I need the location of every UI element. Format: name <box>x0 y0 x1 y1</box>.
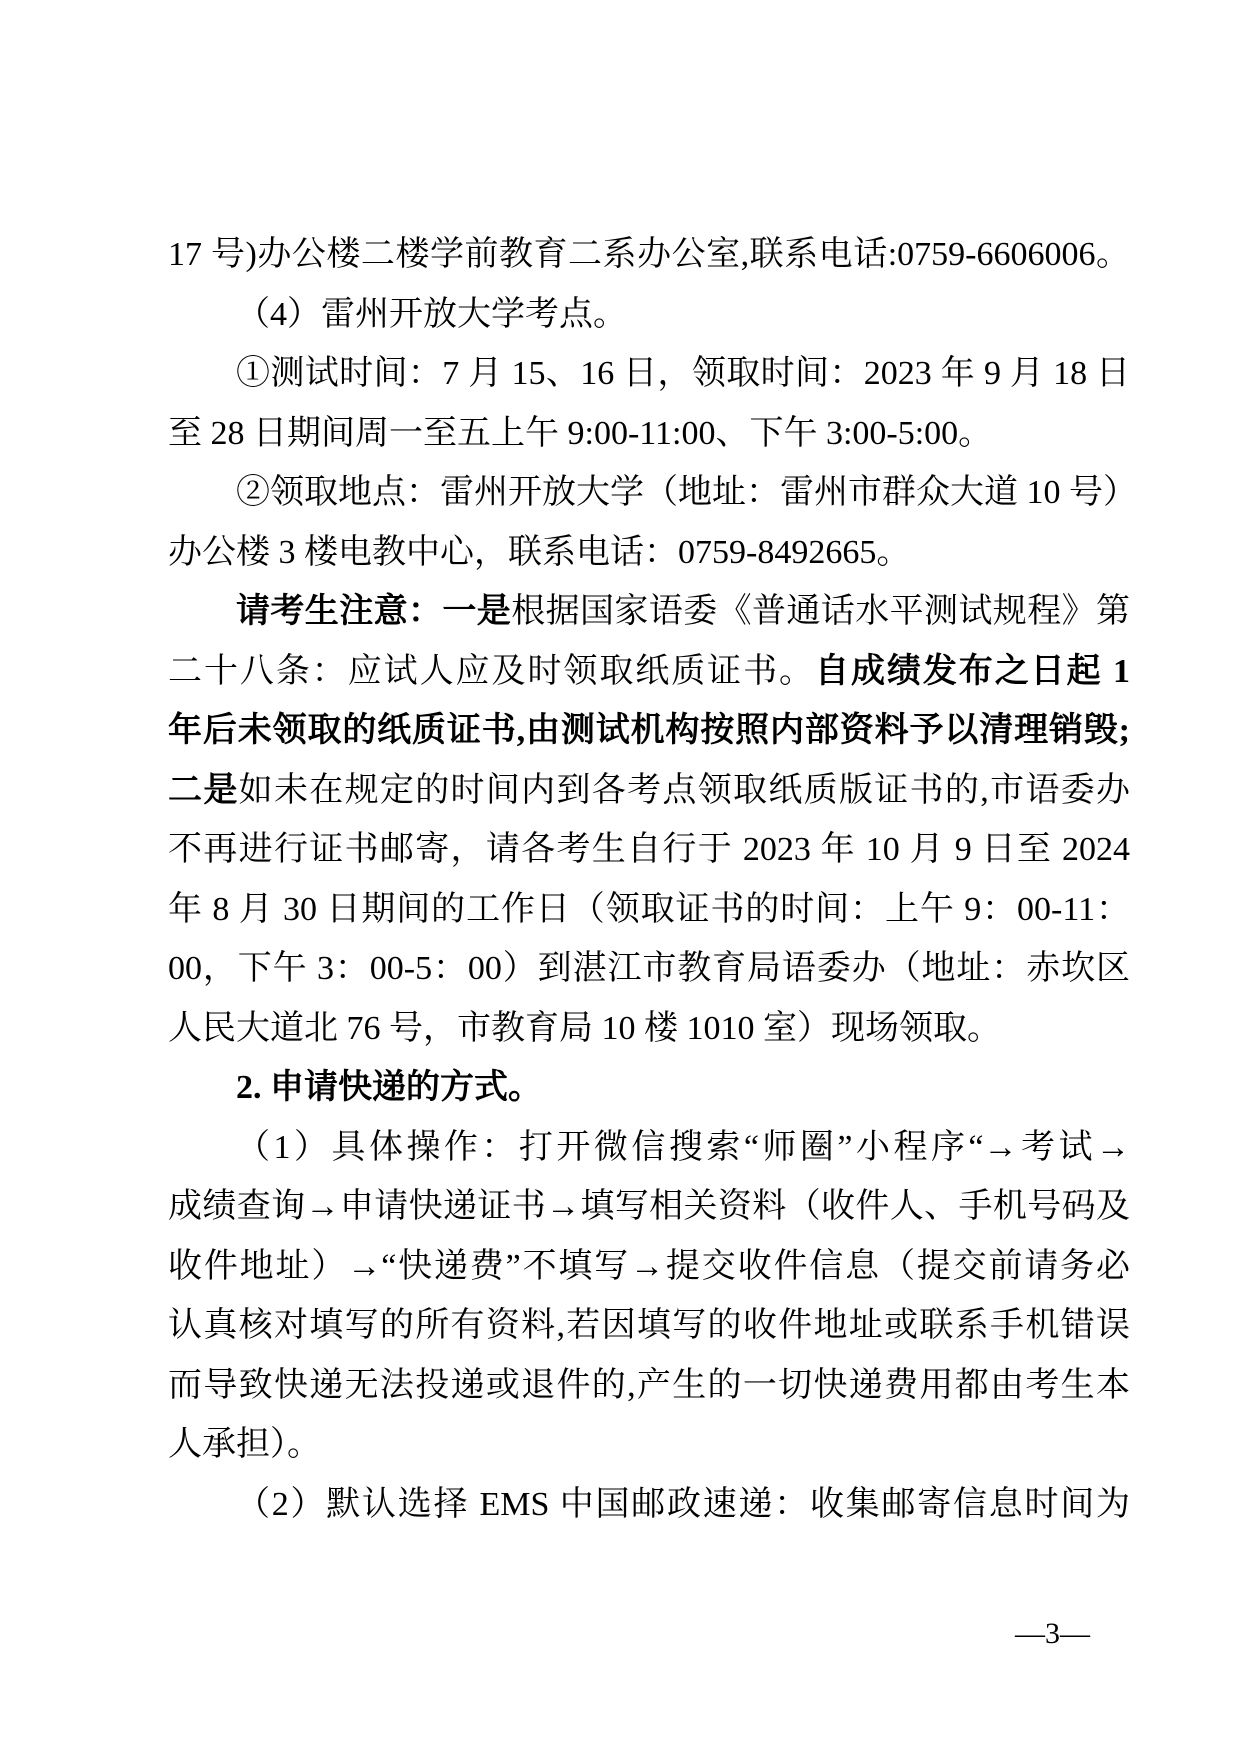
text-line: （2）默认选择 EMS 中国邮政速递：收集邮寄信息时间为 <box>168 1475 1130 1535</box>
text-line: 收件地址）→“快递费”不填写→提交收件信息（提交前请务必 <box>168 1237 1130 1297</box>
text-segment: 不再进行证书邮寄，请各考生自行于 2023 年 10 月 9 日至 2024 <box>168 831 1130 868</box>
text-line: 17 号)办公楼二楼学前教育二系办公室,联系电话:0759-6606006。 <box>168 225 1130 285</box>
text-segment: 人民大道北 76 号，市教育局 10 楼 1010 室）现场领取。 <box>168 1010 1001 1047</box>
document-body: 17 号)办公楼二楼学前教育二系办公室,联系电话:0759-6606006。（4… <box>168 225 1130 1534</box>
text-segment: ②领取地点：雷州开放大学（地址：雷州市群众大道 10 号） <box>236 474 1130 511</box>
text-line: 2. 申请快递的方式。 <box>168 1058 1130 1118</box>
page-number: —3— <box>1015 1617 1090 1650</box>
text-segment: 成绩查询→申请快递证书→填写相关资料（收件人、手机号码及 <box>168 1188 1130 1225</box>
text-line: 而导致快递无法投递或退件的,产生的一切快递费用都由考生本 <box>168 1356 1130 1416</box>
text-segment: 办公楼 3 楼电教中心，联系电话：0759-8492665。 <box>168 534 910 571</box>
text-segment-bold: 年后未领取的纸质证书,由测试机构按照内部资料予以清理销毁; <box>168 712 1130 749</box>
text-segment: 年 8 月 30 日期间的工作日（领取证书的时间：上午 9：00-11： <box>168 891 1130 928</box>
text-line: （4）雷州开放大学考点。 <box>168 285 1130 345</box>
text-line: 人民大道北 76 号，市教育局 10 楼 1010 室）现场领取。 <box>168 999 1130 1059</box>
text-line: 认真核对填写的所有资料,若因填写的收件地址或联系手机错误 <box>168 1296 1130 1356</box>
text-segment: 而导致快递无法投递或退件的,产生的一切快递费用都由考生本 <box>168 1367 1130 1404</box>
text-segment: 二十八条：应试人应及时领取纸质证书。 <box>168 653 815 690</box>
text-segment-bold: 自成绩发布之日起 1 <box>815 653 1130 690</box>
text-segment: （2）默认选择 EMS 中国邮政速递：收集邮寄信息时间为 <box>236 1486 1130 1523</box>
text-segment: 收件地址）→“快递费”不填写→提交收件信息（提交前请务必 <box>168 1248 1130 1285</box>
text-segment-bold: 请考生注意：一是 <box>236 593 511 630</box>
text-segment: 人承担）。 <box>168 1426 321 1463</box>
page-footer: —3— <box>1015 1612 1090 1656</box>
text-segment: 至 28 日期间周一至五上午 9:00-11:00、下午 3:00-5:00。 <box>168 415 992 452</box>
text-line: 年 8 月 30 日期间的工作日（领取证书的时间：上午 9：00-11： <box>168 880 1130 940</box>
text-line: ①测试时间：7 月 15、16 日，领取时间：2023 年 9 月 18 日 <box>168 344 1130 404</box>
text-line: 年后未领取的纸质证书,由测试机构按照内部资料予以清理销毁; <box>168 701 1130 761</box>
text-line: 二是如未在规定的时间内到各考点领取纸质版证书的,市语委办 <box>168 761 1130 821</box>
text-segment: （4）雷州开放大学考点。 <box>236 296 627 333</box>
text-line: 成绩查询→申请快递证书→填写相关资料（收件人、手机号码及 <box>168 1177 1130 1237</box>
text-segment: 17 号)办公楼二楼学前教育二系办公室,联系电话:0759-6606006。 <box>168 236 1130 273</box>
text-segment: 如未在规定的时间内到各考点领取纸质版证书的,市语委办 <box>239 772 1130 809</box>
text-segment-bold: 2. 申请快递的方式。 <box>236 1069 542 1106</box>
text-line: （1）具体操作：打开微信搜索“师圈”小程序“→考试→ <box>168 1118 1130 1178</box>
text-line: 办公楼 3 楼电教中心，联系电话：0759-8492665。 <box>168 523 1130 583</box>
text-segment: ①测试时间：7 月 15、16 日，领取时间：2023 年 9 月 18 日 <box>236 355 1130 392</box>
text-line: 人承担）。 <box>168 1415 1130 1475</box>
text-line: 至 28 日期间周一至五上午 9:00-11:00、下午 3:00-5:00。 <box>168 404 1130 464</box>
text-line: 00，下午 3：00-5：00）到湛江市教育局语委办（地址：赤坎区 <box>168 939 1130 999</box>
document-page: 17 号)办公楼二楼学前教育二系办公室,联系电话:0759-6606006。（4… <box>0 0 1240 1754</box>
text-line: 不再进行证书邮寄，请各考生自行于 2023 年 10 月 9 日至 2024 <box>168 820 1130 880</box>
text-segment-bold: 二是 <box>168 772 239 809</box>
text-line: 请考生注意：一是根据国家语委《普通话水平测试规程》第 <box>168 582 1130 642</box>
text-line: 二十八条：应试人应及时领取纸质证书。自成绩发布之日起 1 <box>168 642 1130 702</box>
text-segment: 认真核对填写的所有资料,若因填写的收件地址或联系手机错误 <box>168 1307 1130 1344</box>
text-line: ②领取地点：雷州开放大学（地址：雷州市群众大道 10 号） <box>168 463 1130 523</box>
text-segment: 根据国家语委《普通话水平测试规程》第 <box>511 593 1130 630</box>
text-segment: （1）具体操作：打开微信搜索“师圈”小程序“→考试→ <box>236 1129 1130 1166</box>
text-segment: 00，下午 3：00-5：00）到湛江市教育局语委办（地址：赤坎区 <box>168 950 1130 987</box>
